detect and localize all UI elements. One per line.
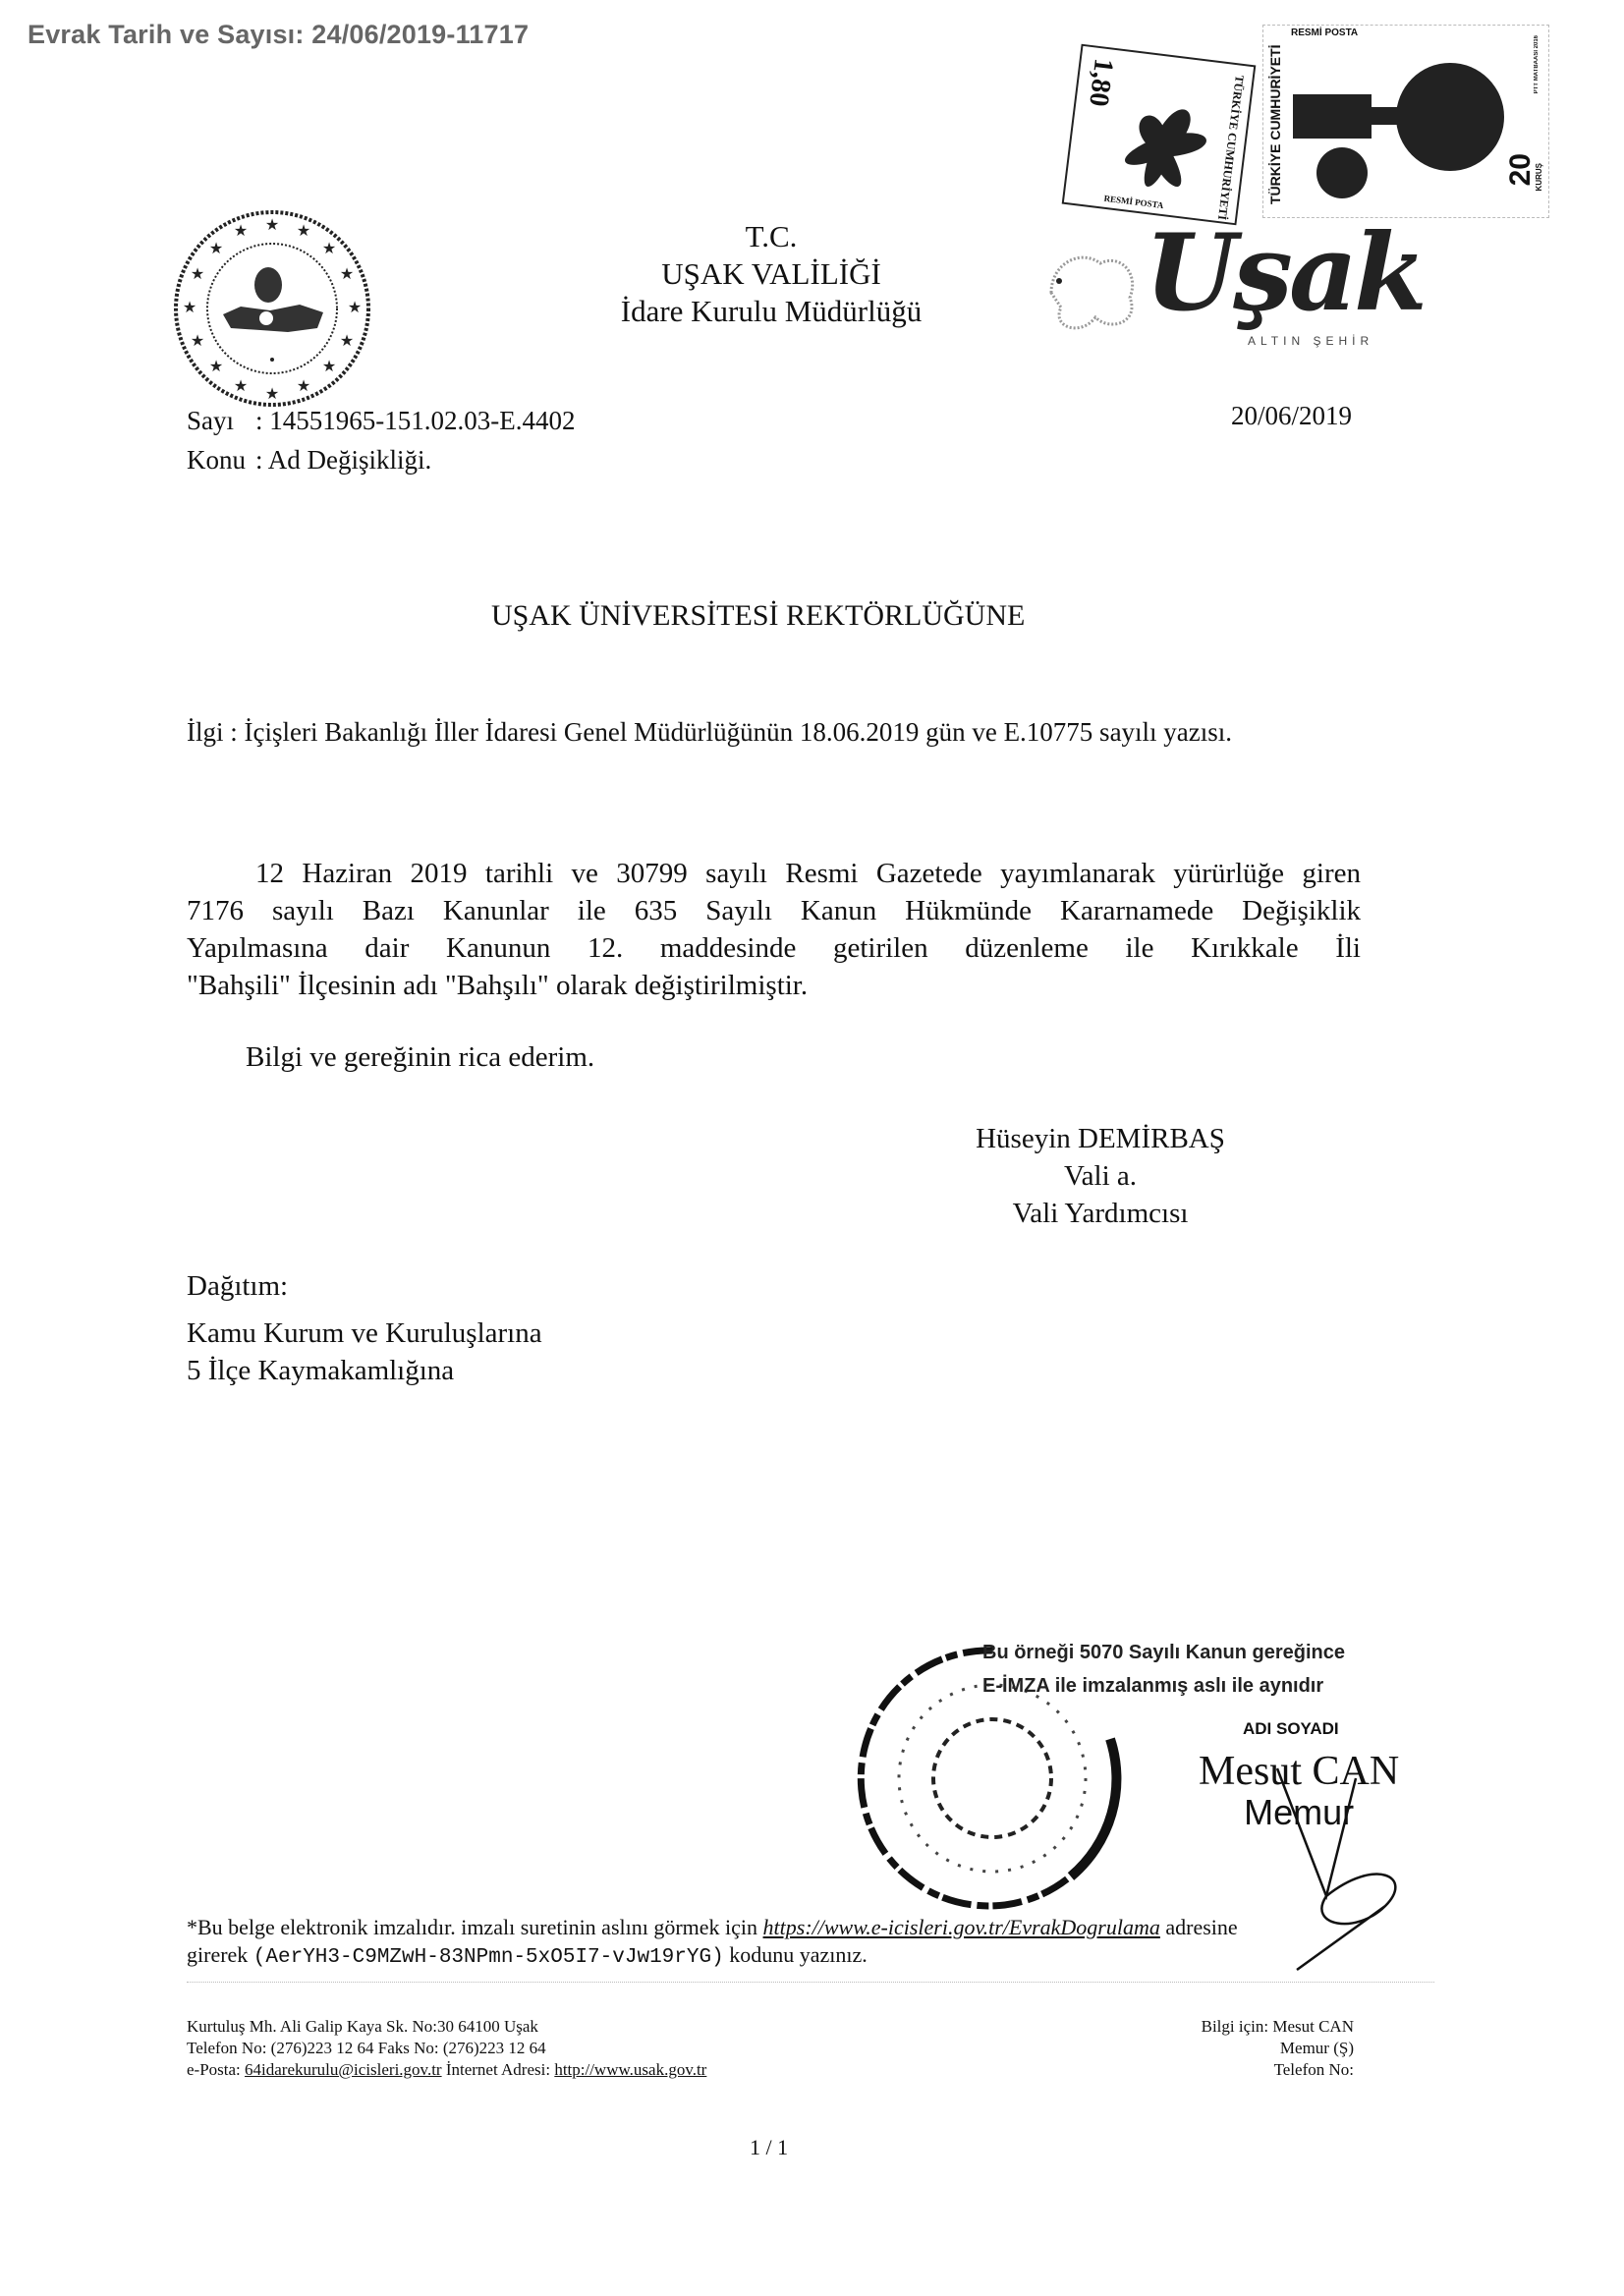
sayi-label: Sayı <box>187 401 255 440</box>
letterhead: T.C. UŞAK VALİLİĞİ İdare Kurulu Müdürlüğ… <box>550 218 992 330</box>
stamp1-value: 1,80 <box>1082 57 1119 109</box>
stamp2-value: 20 <box>1504 153 1538 186</box>
signer-on-behalf: Vali a. <box>884 1157 1316 1195</box>
stamp2-type: RESMİ POSTA <box>1291 28 1358 38</box>
postage-stamp-tulip: 1,80 TÜRKİYE CUMHURİYETİ RESMİ POSTA <box>1062 44 1257 226</box>
svg-text:★: ★ <box>297 376 310 395</box>
distribution-label: Dağıtım: <box>187 1267 542 1305</box>
document-date-number: Evrak Tarih ve Sayısı: 24/06/2019-11717 <box>28 20 529 50</box>
body-line: 12 Haziran 2019 tarihli ve 30799 sayılı … <box>187 855 1361 892</box>
verification-link[interactable]: https://www.e-icisleri.gov.tr/EvrakDogru… <box>763 1915 1160 1939</box>
svg-text:★: ★ <box>322 239 336 257</box>
body-paragraph: 12 Haziran 2019 tarihli ve 30799 sayılı … <box>187 855 1361 1004</box>
stamp2-printer: PTT MATBAASI 2016 <box>1534 35 1540 93</box>
certification-text: Bu örneği 5070 Sayılı Kanun gereğince E-… <box>982 1636 1345 1703</box>
email-label: e-Posta: <box>187 2060 245 2079</box>
konu-label: Konu <box>187 440 255 479</box>
letterhead-governorship: UŞAK VALİLİĞİ <box>550 255 992 293</box>
distribution: Dağıtım: Kamu Kurum ve Kuruluşlarına 5 İ… <box>187 1267 542 1389</box>
document-meta: Sayı: 14551965-151.02.03-E.4402 Konu: Ad… <box>187 401 575 479</box>
letterhead-department: İdare Kurulu Müdürlüğü <box>550 293 992 330</box>
e-signature-text: kodunu yazınız. <box>724 1942 868 1967</box>
svg-text:★: ★ <box>340 264 354 283</box>
footer-address: Kurtuluş Mh. Ali Galip Kaya Sk. No:30 64… <box>187 2016 706 2081</box>
adi-soyadi-label: ADI SOYADI <box>1243 1719 1339 1739</box>
signer-name: Hüseyin DEMİRBAŞ <box>884 1120 1316 1157</box>
svg-text:★: ★ <box>348 298 362 316</box>
distribution-item: 5 İlçe Kaymakamlığına <box>187 1352 542 1389</box>
closing-line: Bilgi ve gereğinin rica ederim. <box>246 1041 594 1074</box>
info-role: Memur (Ş) <box>1202 2038 1354 2059</box>
website-link[interactable]: http://www.usak.gov.tr <box>554 2060 706 2079</box>
svg-text:★: ★ <box>297 221 310 240</box>
city-logo-name: Uşak <box>1145 211 1424 335</box>
city-logo-tagline: ALTIN ŞEHİR <box>1248 334 1373 348</box>
sayi-value: : 14551965-151.02.03-E.4402 <box>255 406 575 435</box>
stamp2-currency: KURUŞ <box>1535 163 1543 191</box>
address-line: Kurtuluş Mh. Ali Galip Kaya Sk. No:30 64… <box>187 2016 706 2038</box>
konu-value: : Ad Değişikliği. <box>255 445 431 475</box>
e-signature-text: girerek <box>187 1942 253 1967</box>
handwritten-signature-icon <box>1267 1759 1415 1975</box>
footer-divider <box>187 1982 1434 1983</box>
recipient: UŞAK ÜNİVERSİTESİ REKTÖRLÜĞÜNE <box>491 599 1025 633</box>
svg-text:★: ★ <box>209 239 223 257</box>
signer-title: Vali Yardımcısı <box>884 1195 1316 1232</box>
verification-code: (AerYH3-C9MZwH-83NPmn-5xO5I7-vJw19rYG) <box>253 1946 724 1969</box>
svg-text:★: ★ <box>234 376 248 395</box>
svg-text:★: ★ <box>191 331 204 350</box>
svg-text:★: ★ <box>340 331 354 350</box>
body-line: 7176 sayılı Bazı Kanunlar ile 635 Sayılı… <box>187 892 1361 929</box>
phone-line: Telefon No: (276)223 12 64 Faks No: (276… <box>187 2038 706 2059</box>
ministry-seal-icon: ★★★ ★★ ★★ ★★ ★★ ★★ ★★★ <box>172 208 373 410</box>
e-signature-text: adresine <box>1160 1915 1238 1939</box>
email-link[interactable]: 64idarekurulu@icisleri.gov.tr <box>245 2060 442 2079</box>
body-line: "Bahşili" İlçesinin adı "Bahşılı" olarak… <box>187 967 1361 1004</box>
signature-block: Hüseyin DEMİRBAŞ Vali a. Vali Yardımcısı <box>884 1120 1316 1232</box>
svg-text:★: ★ <box>209 357 223 375</box>
body-line: Yapılmasına dair Kanunun 12. maddesinde … <box>187 929 1361 967</box>
svg-text:★: ★ <box>265 215 279 234</box>
info-phone: Telefon No: <box>1202 2059 1354 2081</box>
svg-text:★: ★ <box>234 221 248 240</box>
svg-text:★: ★ <box>183 298 196 316</box>
page-number: 1 / 1 <box>750 2135 788 2160</box>
letterhead-tc: T.C. <box>550 218 992 255</box>
certification-line2: E-İMZA ile imzalanmış aslı ile aynıdır <box>982 1669 1345 1703</box>
footer-contact-info: Bilgi için: Mesut CAN Memur (Ş) Telefon … <box>1202 2016 1354 2081</box>
reference-line: İlgi : İçişleri Bakanlığı İller İdaresi … <box>187 717 1232 748</box>
web-label: İnternet Adresi: <box>442 2060 555 2079</box>
info-contact: Bilgi için: Mesut CAN <box>1202 2016 1354 2038</box>
e-signature-text: *Bu belge elektronik imzalıdır. imzalı s… <box>187 1915 763 1939</box>
e-signature-note: *Bu belge elektronik imzalıdır. imzalı s… <box>187 1914 1238 1972</box>
svg-text:★: ★ <box>322 357 336 375</box>
stamp2-country: TÜRKİYE CUMHURİYETİ <box>1267 33 1283 215</box>
postage-stamp-vase: RESMİ POSTA TÜRKİYE CUMHURİYETİ 20 KURUŞ… <box>1262 25 1549 218</box>
certification-line1: Bu örneği 5070 Sayılı Kanun gereğince <box>982 1636 1345 1669</box>
document-date: 20/06/2019 <box>1231 401 1352 431</box>
distribution-item: Kamu Kurum ve Kuruluşlarına <box>187 1315 542 1352</box>
svg-text:★: ★ <box>191 264 204 283</box>
